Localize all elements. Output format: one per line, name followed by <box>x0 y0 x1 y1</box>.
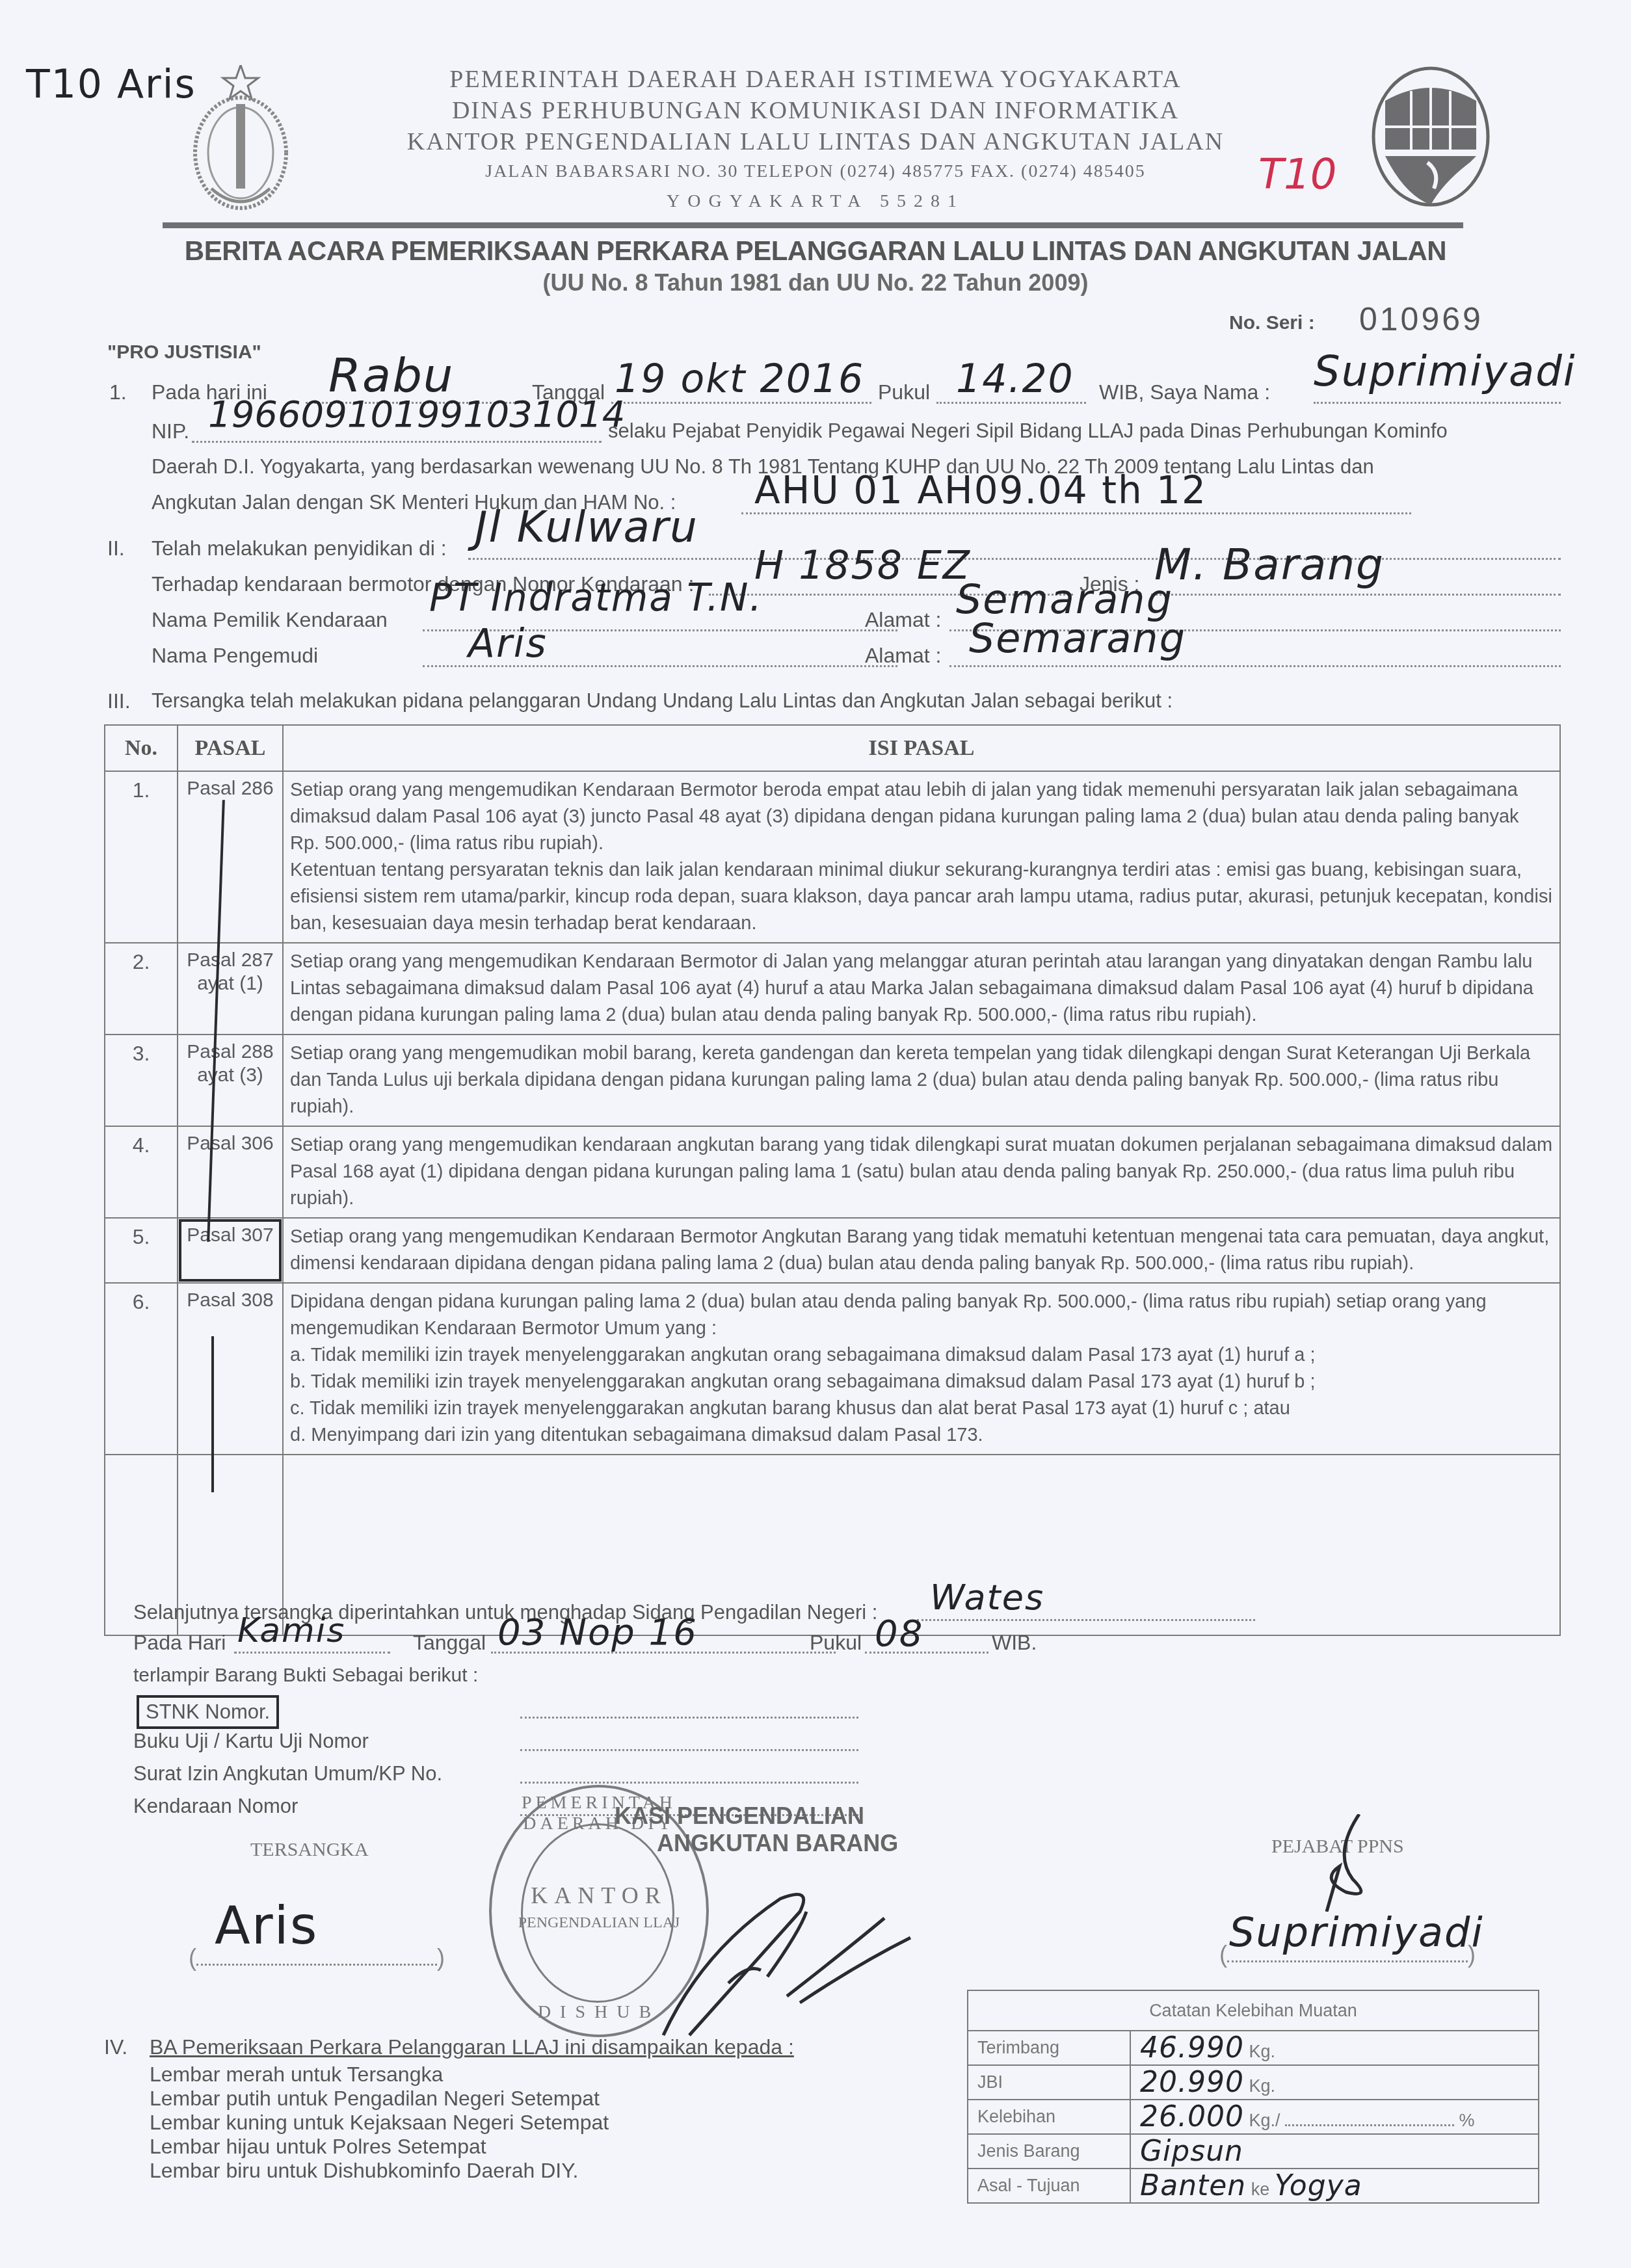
row-isi-item-b: b. Tidak memiliki izin trayek menyelengg… <box>290 1369 1553 1395</box>
catatan-kelebihan-muatan-table: Catatan Kelebihan Muatan Terimbang 46.99… <box>967 1990 1539 2204</box>
lokasi-label: Telah melakukan penyidikan di : <box>152 536 447 560</box>
bukti-buku-uji-label: Buku Uji / Kartu Uji Nomor <box>133 1730 369 1753</box>
row-isi: Dipidana dengan pidana kurungan paling l… <box>283 1283 1560 1455</box>
muatan-value-cell: 20.990 Kg. <box>1130 2065 1539 2100</box>
serial-label: No. Seri : <box>1229 312 1315 334</box>
row-isi: Setiap orang yang mengemudikan Kendaraan… <box>283 943 1560 1035</box>
distribution-item: Lembar hijau untuk Polres Setempat <box>150 2135 486 2159</box>
distribution-item: Lembar merah untuk Tersangka <box>150 2063 443 2087</box>
table-row: 6. Pasal 308 Dipidana dengan pidana kuru… <box>105 1283 1560 1455</box>
distribution-item: Lembar kuning untuk Kejaksaan Negeri Set… <box>150 2111 609 2135</box>
section-1-number: 1. <box>109 380 127 404</box>
row-isi-item-a: a. Tidak memiliki izin trayek menyelengg… <box>290 1342 1553 1369</box>
nomor-kendaraan-value: H 1858 EZ <box>754 543 971 588</box>
row-no: 2. <box>105 943 178 1035</box>
row-pasal: Pasal 288 ayat (3) <box>178 1035 283 1126</box>
table-row: 3. Pasal 288 ayat (3) Setiap orang yang … <box>105 1035 1560 1126</box>
document-title: BERITA ACARA PEMERIKSAAN PERKARA PELANGG… <box>0 235 1631 267</box>
bukti-surat-izin-field-line <box>520 1782 858 1784</box>
muatan-row: Asal - Tujuan Banten ke Yogya <box>968 2169 1539 2203</box>
table-row: 2. Pasal 287 ayat (1) Setiap orang yang … <box>105 943 1560 1035</box>
lokasi-field-line <box>468 558 1561 560</box>
kasi-title-line-2: ANGKUTAN BARANG <box>657 1830 898 1857</box>
pengemudi-label: Nama Pengemudi <box>152 644 318 668</box>
muatan-row: Kelebihan 26.000 Kg./ % <box>968 2100 1539 2134</box>
row-pasal: Pasal 286 <box>178 771 283 943</box>
table-row-marked: 5. Pasal 307 Setiap orang yang mengemudi… <box>105 1218 1560 1283</box>
pukul-label: Pukul <box>878 380 930 404</box>
muatan-value-cell: Banten ke Yogya <box>1130 2169 1539 2203</box>
column-header-pasal: PASAL <box>178 725 283 771</box>
pejabat-signature-flourish <box>1307 1814 1385 1912</box>
wib-nama-label: WIB, Saya Nama : <box>1099 380 1270 404</box>
row-isi-text: Dipidana dengan pidana kurungan paling l… <box>290 1289 1553 1342</box>
pejabat-signature: Suprimiyadi <box>1229 1908 1484 1956</box>
pengemudi-alamat-field-line <box>949 665 1561 667</box>
bukti-stnk-field-line <box>520 1717 858 1719</box>
serial-number: 010969 <box>1359 300 1483 338</box>
tanggal-value: 19 okt 2016 <box>615 356 864 402</box>
pukul-field-line <box>936 402 1086 404</box>
column-header-no: No. <box>105 725 178 771</box>
section-3-text: Tersangka telah melakukan pidana pelangg… <box>152 689 1173 713</box>
nip-field-line <box>192 441 602 443</box>
row-no: 4. <box>105 1126 178 1218</box>
section-3-number: III. <box>107 689 131 713</box>
sidang-wib-label: WIB. <box>992 1631 1037 1655</box>
muatan-title: Catatan Kelebihan Muatan <box>968 1990 1539 2031</box>
tersangka-label: TERSANGKA <box>250 1839 369 1861</box>
muatan-label: Kelebihan <box>968 2100 1130 2134</box>
letterhead-address: JALAN BABARSARI NO. 30 TELEPON (0274) 48… <box>0 161 1631 182</box>
letterhead-line-3: KANTOR PENGENDALIAN LALU LINTAS DAN ANGK… <box>0 127 1631 156</box>
muatan-label: Terimbang <box>968 2031 1130 2065</box>
pengemudi-alamat-value: Semarang <box>969 614 1186 662</box>
row-no: 3. <box>105 1035 178 1126</box>
sidang-pukul-label: Pukul <box>810 1631 862 1655</box>
penyidik-name-value: Suprimiyadi <box>1314 348 1576 396</box>
row-pasal: Pasal 306 <box>178 1126 283 1218</box>
table-row: 4. Pasal 306 Setiap orang yang mengemudi… <box>105 1126 1560 1218</box>
row-isi-item-d: d. Menyimpang dari izin yang ditentukan … <box>290 1422 1553 1449</box>
jenis-field-line <box>1151 594 1561 596</box>
distribution-item: Lembar putih untuk Pengadilan Negeri Set… <box>150 2087 600 2111</box>
row-isi-text-2: Ketentuan tentang persyaratan teknis dan… <box>290 857 1553 937</box>
jbi-unit: Kg. <box>1249 2076 1275 2096</box>
tanggal-field-line <box>611 402 871 404</box>
row-no: 1. <box>105 771 178 943</box>
section-1-text-line-1: selaku Pejabat Penyidik Pegawai Negeri S… <box>608 419 1448 443</box>
letterhead-city: YOGYAKARTA 55281 <box>0 191 1631 212</box>
row-isi: Setiap orang yang mengemudikan kendaraan… <box>283 1126 1560 1218</box>
row-isi-text: Setiap orang yang mengemudikan Kendaraan… <box>290 777 1553 857</box>
kasi-title-line-1: KASI PENGENDALIAN <box>615 1802 864 1830</box>
muatan-row: JBI 20.990 Kg. <box>968 2065 1539 2100</box>
bukti-buku-uji-field-line <box>520 1749 858 1751</box>
tujuan-value: Yogya <box>1275 2169 1362 2202</box>
row-pasal-marked: Pasal 307 <box>178 1218 283 1283</box>
muatan-row: Terimbang 46.990 Kg. <box>968 2031 1539 2065</box>
jenis-value: M. Barang <box>1154 540 1385 590</box>
sidang-tanggal-label: Tanggal <box>413 1631 486 1655</box>
sk-field-line <box>741 512 1411 514</box>
nama-field-line <box>1314 402 1561 404</box>
pasal-table: No. PASAL ISI PASAL 1. Pasal 286 Setiap … <box>104 724 1561 1636</box>
muatan-value-cell: 26.000 Kg./ % <box>1130 2100 1539 2134</box>
letterhead-line-1: PEMERINTAH DAERAH DAERAH ISTIMEWA YOGYAK… <box>0 65 1631 94</box>
asal-value: Banten <box>1140 2169 1246 2202</box>
pro-justisia-label: "PRO JUSTISIA" <box>107 341 261 363</box>
row-isi: Setiap orang yang mengemudikan Kendaraan… <box>283 1218 1560 1283</box>
sidang-hari-value: Kamis <box>237 1611 345 1650</box>
pemilik-label: Nama Pemilik Kendaraan <box>152 608 388 632</box>
pengemudi-alamat-label: Alamat : <box>865 644 941 668</box>
nip-value: 196609101991031014 <box>208 393 625 436</box>
nip-label: NIP. <box>152 419 189 443</box>
tersangka-signature: Aris <box>215 1895 319 1956</box>
muatan-label: Asal - Tujuan <box>968 2169 1130 2203</box>
terimbang-unit: Kg. <box>1249 2042 1275 2061</box>
pengadilan-field-line <box>917 1619 1255 1621</box>
terimbang-value: 46.990 <box>1140 2031 1244 2064</box>
row-isi: Setiap orang yang mengemudikan mobil bar… <box>283 1035 1560 1126</box>
sidang-pukul-value: 08 <box>875 1613 923 1655</box>
muatan-value-cell: Gipsun <box>1130 2134 1539 2169</box>
sidang-hari-label: Pada Hari <box>133 1631 226 1655</box>
row-pasal: Pasal 308 <box>178 1283 283 1455</box>
kelebihan-unit: Kg./ <box>1249 2111 1280 2130</box>
table-row: 1. Pasal 286 Setiap orang yang mengemudi… <box>105 771 1560 943</box>
row-isi: Setiap orang yang mengemudikan Kendaraan… <box>283 771 1560 943</box>
pemilik-alamat-label: Alamat : <box>865 608 941 632</box>
section-4-number: IV. <box>104 2035 127 2059</box>
barang-bukti-label: terlampir Barang Bukti Sebagai berikut : <box>133 1665 478 1687</box>
pengadilan-value: Wates <box>930 1577 1044 1618</box>
asal-tujuan-connector: ke <box>1251 2180 1270 2199</box>
row-no: 5. <box>105 1218 178 1283</box>
pengemudi-value: Aris <box>468 621 548 666</box>
sidang-tanggal-value: 03 Nop 16 <box>497 1611 698 1654</box>
handwritten-line-mark <box>211 1336 214 1492</box>
row-pasal: Pasal 287 ayat (1) <box>178 943 283 1035</box>
section-4-heading: BA Pemeriksaan Perkara Pelanggaran LLAJ … <box>150 2035 794 2059</box>
bukti-kendaraan-label: Kendaraan Nomor <box>133 1795 298 1818</box>
row-no: 6. <box>105 1283 178 1455</box>
muatan-value-cell: 46.990 Kg. <box>1130 2031 1539 2065</box>
section-2-number: II. <box>107 536 125 560</box>
lokasi-value: Jl Kulwaru <box>475 502 698 552</box>
jbi-value: 20.990 <box>1140 2066 1244 2099</box>
bukti-stnk-label-marked: STNK Nomor. <box>137 1695 279 1729</box>
pemilik-value: PT Indratma T.N. <box>429 575 763 620</box>
letterhead-line-2: DINAS PERHUBUNGAN KOMUNIKASI DAN INFORMA… <box>0 96 1631 125</box>
kelebihan-value: 26.000 <box>1140 2100 1244 2133</box>
bukti-surat-izin-label: Surat Izin Angkutan Umum/KP No. <box>133 1762 442 1786</box>
letterhead-divider <box>163 222 1463 228</box>
row-isi-item-c: c. Tidak memiliki izin trayek menyelengg… <box>290 1395 1553 1422</box>
sk-number-value: AHU 01 AH09.04 th 12 <box>754 468 1207 512</box>
muatan-label: Jenis Barang <box>968 2134 1130 2169</box>
distribution-item: Lembar biru untuk Dishubkominfo Daerah D… <box>150 2159 578 2183</box>
muatan-label: JBI <box>968 2065 1130 2100</box>
document-subtitle: (UU No. 8 Tahun 1981 dan UU No. 22 Tahun… <box>0 269 1631 297</box>
kelebihan-percent: % <box>1459 2111 1475 2130</box>
sidang-hari-field-line <box>234 1652 390 1654</box>
jenis-barang-value: Gipsun <box>1140 2135 1243 2168</box>
column-header-isi-pasal: ISI PASAL <box>283 725 1560 771</box>
pukul-value: 14.20 <box>956 356 1074 402</box>
muatan-row: Jenis Barang Gipsun <box>968 2134 1539 2169</box>
kasi-signature <box>650 1873 923 2042</box>
